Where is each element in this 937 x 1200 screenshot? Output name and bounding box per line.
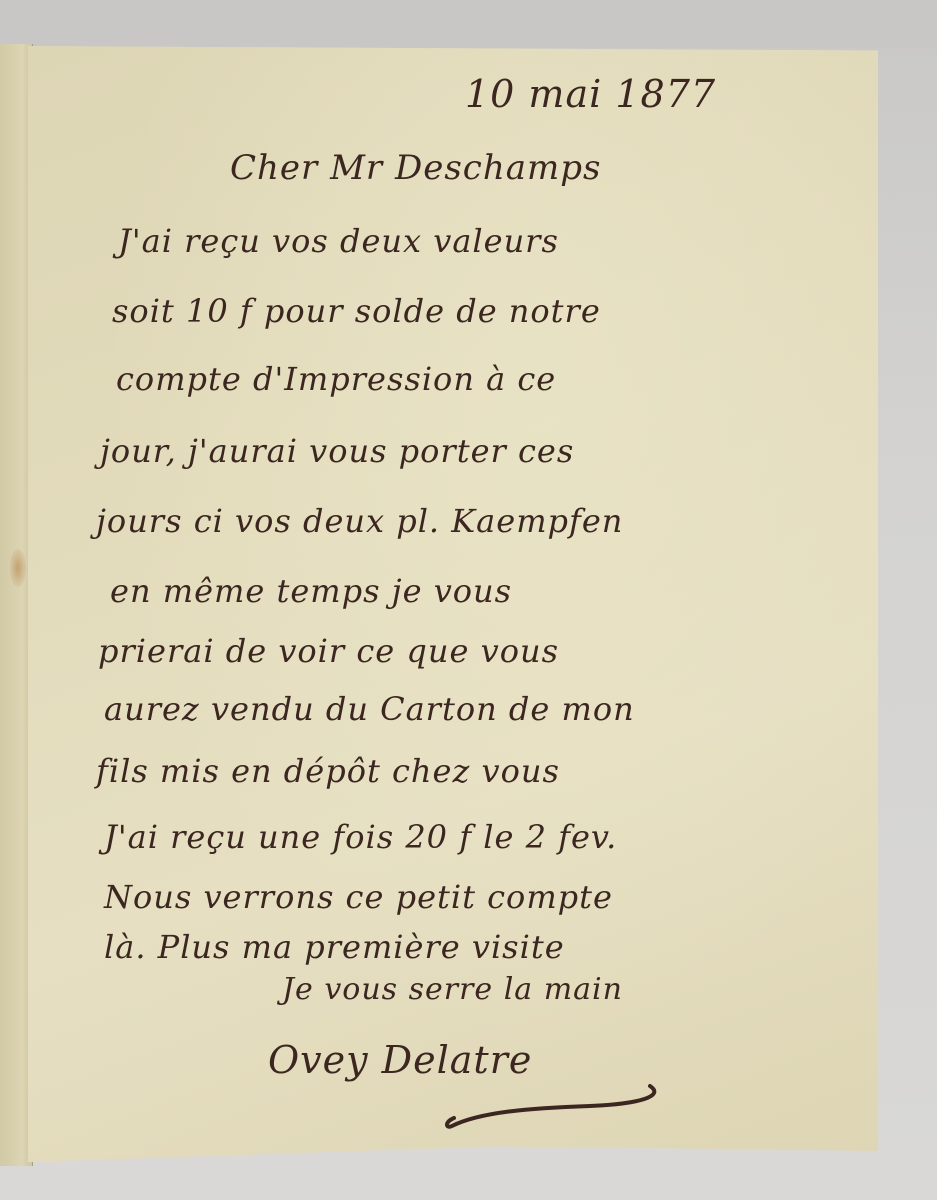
- body-line: Nous verrons ce petit compte: [104, 878, 613, 916]
- body-line: compte d'Impression à ce: [116, 360, 556, 398]
- body-line: jours ci vos deux pl. Kaempfen: [96, 502, 623, 540]
- letter-date: 10 mai 1877: [465, 72, 716, 116]
- body-line: là. Plus ma première visite: [104, 928, 565, 966]
- body-line: en même temps je vous: [110, 572, 512, 610]
- body-line: jour, j'aurai vous porter ces: [100, 432, 574, 470]
- body-line: fils mis en dépôt chez vous: [96, 752, 560, 790]
- body-line: J'ai reçu une fois 20 f le 2 fev.: [104, 818, 617, 856]
- body-line: soit 10 f pour solde de notre: [112, 292, 601, 330]
- body-line: aurez vendu du Carton de mon: [104, 690, 635, 728]
- body-line: prierai de voir ce que vous: [98, 632, 559, 670]
- signature-flourish: [440, 1082, 670, 1132]
- backdrop: [0, 0, 937, 48]
- signature: Ovey Delatre: [268, 1038, 532, 1082]
- foxing-stain: [10, 549, 26, 587]
- body-line: J'ai reçu vos deux valeurs: [118, 222, 559, 260]
- closing: Je vous serre la main: [282, 972, 623, 1007]
- salutation: Cher Mr Deschamps: [230, 148, 601, 188]
